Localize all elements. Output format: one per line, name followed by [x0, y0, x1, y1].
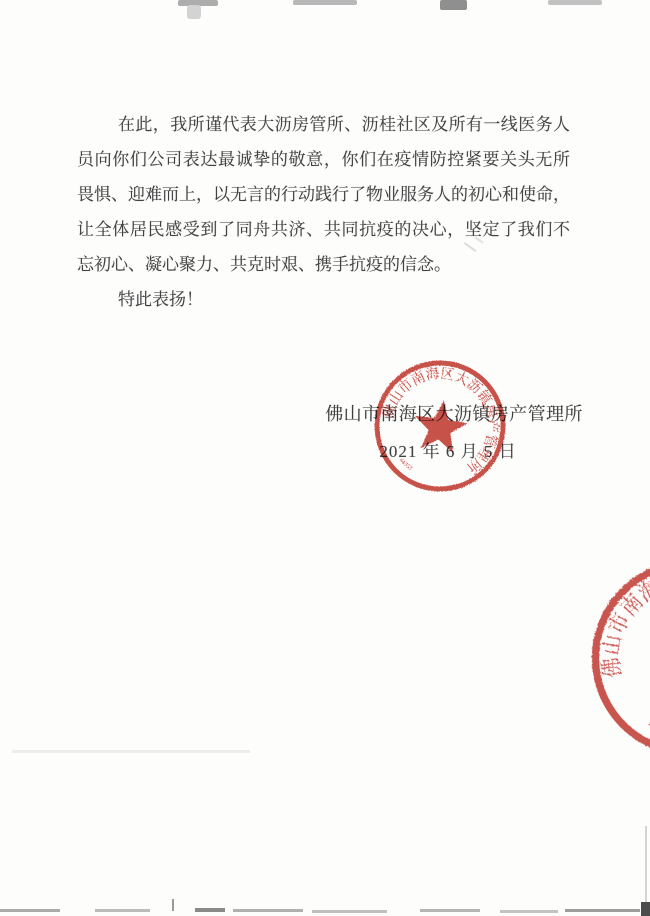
paragraph-line-1: 在此，我所谨代表大沥房管所、沥桂社区及所有一线医务人 — [77, 107, 570, 142]
scan-artifact — [440, 0, 467, 10]
paragraph-line-2: 员向你们公司表达最诚挚的敬意，你们在疫情防控紧要关头无所 — [77, 142, 570, 177]
signature-organization: 佛山市南海区大沥镇房产管理所 — [299, 400, 609, 426]
scan-artifact — [0, 909, 60, 912]
official-seal-stamp: 佛山市南海区大沥镇房产管理所 44353 — [370, 356, 510, 496]
scan-artifact — [420, 909, 480, 912]
scan-artifact — [565, 909, 640, 912]
scan-artifact — [187, 5, 201, 19]
letter-page: 在此，我所谨代表大沥房管所、沥桂社区及所有一线医务人 员向你们公司表达最诚挚的敬… — [0, 0, 650, 916]
scan-artifact — [312, 910, 387, 913]
partial-seal-stamp: 佛山市南海区大沥镇房产管理所 4353 — [585, 553, 650, 763]
scan-artifact — [172, 899, 174, 911]
paragraph-line-4: 让全体居民感受到了同舟共济、共同抗疫的决心，坚定了我们不 — [77, 212, 570, 247]
commendation-line: 特此表扬！ — [77, 282, 570, 317]
scan-artifact — [641, 902, 650, 916]
scan-artifact — [500, 910, 558, 913]
scan-artifact — [95, 909, 150, 912]
star-icon — [644, 613, 650, 702]
scan-artifact — [548, 0, 602, 5]
letter-body: 在此，我所谨代表大沥房管所、沥桂社区及所有一线医务人 员向你们公司表达最诚挚的敬… — [77, 107, 570, 317]
scan-artifact — [12, 750, 250, 753]
signature-date: 2021 年 6 月 5 日 — [300, 437, 596, 462]
paragraph-line-5: 忘初心、凝心聚力、共克时艰、携手抗疫的信念。 — [77, 247, 570, 282]
scan-artifact — [195, 908, 225, 912]
paragraph-line-3: 畏惧、迎难而上，以无言的行动践行了物业服务人的初心和使命， — [77, 177, 570, 212]
scan-artifact — [233, 909, 303, 912]
seal-ring — [585, 553, 650, 763]
scan-artifact — [293, 0, 357, 5]
seal-ring-text: 佛山市南海区大沥镇房产管理所 — [594, 553, 650, 710]
seal-ring — [377, 363, 503, 489]
seal-serial-number: 4353 — [645, 719, 650, 737]
